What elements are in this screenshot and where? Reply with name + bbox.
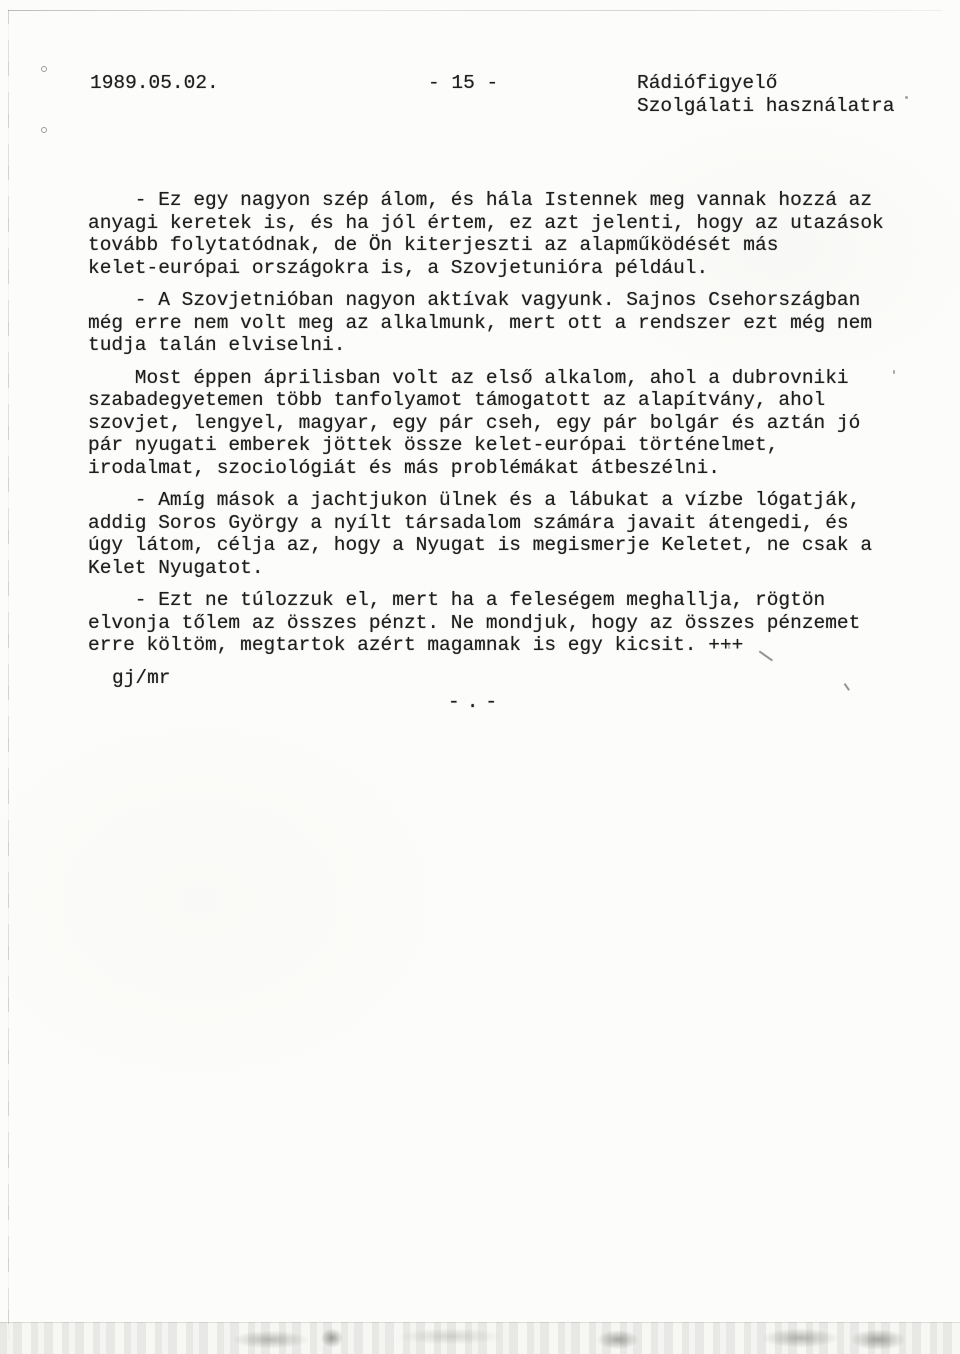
paragraph: - A Szovjetnióban nagyon aktívak vagyunk…: [88, 289, 928, 357]
document-date: 1989.05.02.: [90, 72, 219, 95]
publication-title: Rádiófigyelő: [637, 72, 894, 95]
scan-edge-top-line: [8, 10, 942, 11]
paragraph: - Amíg mások a jachtjukon ülnek és a láb…: [88, 489, 928, 579]
paper-speck: [41, 66, 47, 72]
paragraph: Most éppen áprilisban volt az első alkal…: [88, 367, 928, 480]
scanned-document-page: 1989.05.02. - 15 - Rádiófigyelő Szolgála…: [0, 0, 960, 1354]
scanner-noise-band: [0, 1322, 960, 1354]
paragraph: - Ez egy nagyon szép álom, és hála Isten…: [88, 189, 928, 279]
paper-speck: [41, 127, 47, 133]
scan-edge-left-line: [8, 10, 9, 1340]
section-separator: -.-: [448, 691, 504, 714]
classification-label: Szolgálati használatra: [637, 95, 894, 118]
editor-initials: gj/mr: [88, 667, 928, 690]
paper-speck: [905, 96, 908, 99]
paragraph: - Ezt ne túlozzuk el, mert ha a felesége…: [88, 589, 928, 657]
page-number: - 15 -: [428, 72, 498, 95]
header-right-block: Rádiófigyelő Szolgálati használatra: [637, 72, 894, 117]
document-body: - Ez egy nagyon szép álom, és hála Isten…: [88, 189, 928, 689]
